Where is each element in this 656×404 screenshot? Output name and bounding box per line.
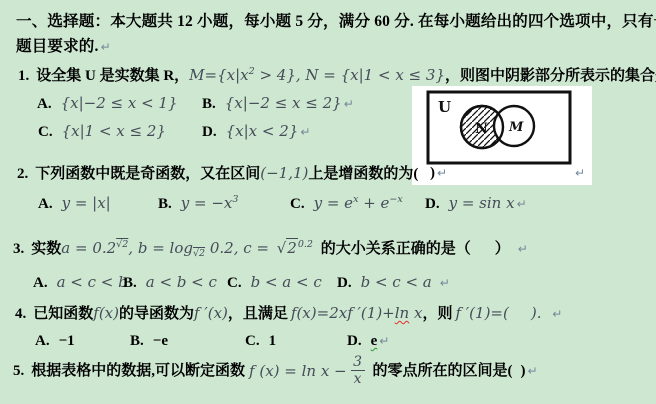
formula-subscript: √2 xyxy=(193,248,205,259)
question-2-line: 2.下列函数中既是奇函数，又在区间(−1,1)上是增函数的为( )↵ ↵ xyxy=(0,163,656,184)
option-superscript: −x xyxy=(389,194,402,205)
option-label: C. xyxy=(245,333,260,349)
option-value: {x|−2 ≤ x < 1} xyxy=(61,94,178,112)
option-value: y = −x xyxy=(181,194,233,212)
option-label: A. xyxy=(37,96,52,112)
set-m-label: M xyxy=(508,120,524,135)
question-4-line: 4.已知函数f(x)的导函数为f ′(x)，且满足f(x)=2xf ′(1)+l… xyxy=(0,303,656,324)
question-1-line: 1.设全集 U 是实数集 R，M={x|x2 > 4}, N = {x|1 < … xyxy=(0,65,656,88)
option-value: {x|1 < x ≤ 2} xyxy=(62,122,166,140)
question-text: 已知函数 xyxy=(33,306,93,322)
universe-label: U xyxy=(438,98,451,116)
option-superscript: x xyxy=(353,194,358,205)
question-3-option-c: C.b < a < c xyxy=(227,272,322,293)
fraction: 3x xyxy=(351,355,365,387)
formula: f ′(x) xyxy=(194,304,228,322)
question-text: 根据表格中的数据,可以断定函数 xyxy=(31,361,245,381)
paragraph-mark-icon: ↵ xyxy=(518,242,528,256)
paragraph-mark-icon: ↵ xyxy=(552,307,562,321)
option-value: −1 xyxy=(59,333,75,349)
question-3-option-b: B.a < b < c xyxy=(123,272,217,293)
question-1-option-a: A.{x|−2 ≤ x < 1} xyxy=(37,93,178,114)
header-text: 一、选择题：本大题共 12 小题，每小题 5 分，满分 60 分. 在每小题给出… xyxy=(16,13,656,30)
question-text: ，且满足 xyxy=(228,306,288,322)
question-text: 下列函数中既是奇函数，又在区间 xyxy=(35,166,260,182)
option-label: B. xyxy=(158,196,172,212)
question-1-option-c: C.{x|1 < x ≤ 2} xyxy=(38,121,166,142)
option-label: D. xyxy=(202,124,217,140)
document-page[interactable]: 一、选择题：本大题共 12 小题，每小题 5 分，满分 60 分. 在每小题给出… xyxy=(0,0,656,404)
formula: f(x)=2xf ′(1)+ xyxy=(291,304,395,322)
question-text: 设全集 U 是实数集 R， xyxy=(36,68,189,84)
section-header-line2: 题目要求的.↵ xyxy=(0,37,656,57)
question-5-line: 5.根据表格中的数据,可以断定函数f (x) = ln x −3x的零点所在的区… xyxy=(0,348,656,394)
formula: (−1,1) xyxy=(260,164,308,182)
paragraph-mark-icon: ↵ xyxy=(101,40,111,54)
option-label: C. xyxy=(38,124,53,140)
formula: f (x) = ln x − xyxy=(249,361,347,381)
formula: 0.2, c = xyxy=(205,239,269,257)
question-text: 的大小关系正确的是（ xyxy=(321,241,471,257)
paragraph-mark-icon: ↵ xyxy=(440,276,450,290)
question-text: 实数 xyxy=(31,241,61,257)
question-text: 的零点所在的区间是( xyxy=(373,361,513,381)
header-text: 题目要求的. xyxy=(16,38,99,55)
option-label: C. xyxy=(227,275,242,291)
option-label: D. xyxy=(347,333,362,349)
formula: a = 0.2 xyxy=(61,239,116,257)
close-paren: ) xyxy=(430,165,435,181)
question-number: 2. xyxy=(17,166,28,182)
option-value-grammar-check: e xyxy=(371,333,378,349)
option-value: y = sin x xyxy=(449,194,515,212)
question-3-option-a: A.a < c < b xyxy=(33,272,128,293)
question-text: 上是增函数的为( xyxy=(308,166,418,182)
option-value: 1 xyxy=(269,333,277,349)
fraction-denominator: x xyxy=(351,370,365,387)
formula-superscript: √2 xyxy=(116,239,128,250)
question-2-option-a: A.y = |x| xyxy=(38,193,111,214)
question-text: ，则图中阴影部分所表示的集合是（ xyxy=(445,68,656,84)
formula-ln-spellcheck: ln xyxy=(395,304,409,322)
paragraph-mark-icon: ↵ xyxy=(528,361,538,381)
option-value: + e xyxy=(358,194,389,212)
option-value: b < a < c xyxy=(251,273,322,291)
option-value: y = e xyxy=(314,194,353,212)
sqrt-sign: √ xyxy=(277,239,287,257)
option-label: A. xyxy=(35,333,50,349)
paragraph-mark-icon: ↵ xyxy=(517,197,527,211)
question-number: 1. xyxy=(18,68,29,84)
paragraph-mark-icon: ↵ xyxy=(344,97,354,111)
question-text: 的导函数为 xyxy=(119,306,194,322)
formula: > 4}, N = {x|1 < x ≤ 3} xyxy=(255,66,445,84)
formula: f(x) xyxy=(93,304,119,322)
radicand: 2 xyxy=(286,238,298,257)
question-number: 4. xyxy=(15,306,26,322)
question-1-option-b: B.{x|−2 ≤ x ≤ 2}↵ xyxy=(202,93,354,114)
question-number: 5. xyxy=(13,361,24,381)
question-3-option-d: D.b < c < a↵ xyxy=(337,272,450,293)
option-label: C. xyxy=(290,196,305,212)
option-superscript: 3 xyxy=(232,194,238,205)
formula: , b = log xyxy=(128,239,193,257)
question-2-option-d: D.y = sin x↵ xyxy=(425,193,527,214)
option-label: B. xyxy=(123,275,137,291)
close-paren: ). xyxy=(531,304,546,322)
option-value: b < c < a xyxy=(361,273,432,291)
question-1-option-d: D.{x|x < 2}↵ xyxy=(202,121,310,142)
option-label: D. xyxy=(337,275,352,291)
close-paren: ) xyxy=(521,361,526,381)
paragraph-mark-icon: ↵ xyxy=(575,163,585,183)
option-label: A. xyxy=(33,275,48,291)
paragraph-mark-icon: ↵ xyxy=(379,334,389,348)
option-value: {x|x < 2} xyxy=(226,122,299,140)
set-n-label: N xyxy=(475,121,488,137)
formula: f ′(1)=( xyxy=(455,304,508,322)
option-label: B. xyxy=(202,96,216,112)
option-value: a < c < b xyxy=(57,273,128,291)
formula: M={x|x xyxy=(189,66,248,84)
question-2-option-b: B.y = −x3 xyxy=(158,193,238,216)
question-2-option-c: C.y = ex + e−x xyxy=(290,193,403,216)
option-label: A. xyxy=(38,196,53,212)
option-label: D. xyxy=(425,196,440,212)
option-value: a < b < c xyxy=(146,273,217,291)
section-header-line1: 一、选择题：本大题共 12 小题，每小题 5 分，满分 60 分. 在每小题给出… xyxy=(0,12,656,32)
option-value: y = |x| xyxy=(62,194,111,212)
option-value: −e xyxy=(153,333,168,349)
formula-superscript: 2 xyxy=(249,66,255,77)
answer-blank-close: )↵ xyxy=(430,163,447,183)
question-number: 3. xyxy=(13,241,24,257)
formula: x xyxy=(409,304,422,322)
close-paren: ） xyxy=(495,241,510,257)
fraction-numerator: 3 xyxy=(351,355,364,370)
option-label: B. xyxy=(130,333,144,349)
question-3-line: 3.实数a = 0.2√2, b = log√2 0.2, c = √20.2 … xyxy=(0,238,656,261)
option-value: {x|−2 ≤ x ≤ 2} xyxy=(225,94,342,112)
question-text: ，则 xyxy=(422,306,452,322)
paragraph-mark-icon: ↵ xyxy=(300,125,310,139)
formula-superscript: 0.2 xyxy=(298,239,313,250)
paragraph-mark-icon: ↵ xyxy=(437,166,447,180)
